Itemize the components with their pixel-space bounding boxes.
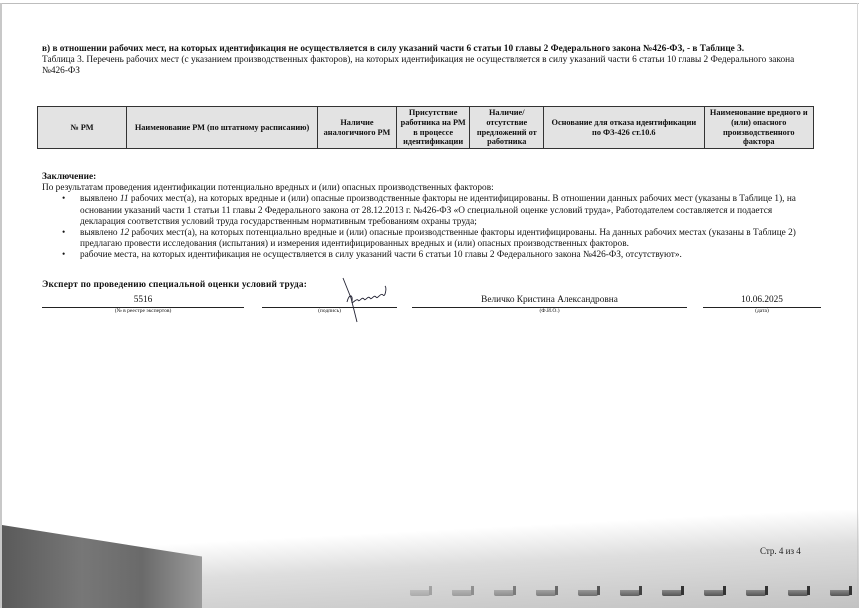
binding-rings [240, 572, 859, 608]
col-refusal-basis: Основание для отказа идентификации по ФЗ… [544, 107, 705, 149]
table-3: № РМ Наименование РМ (по штатному распис… [37, 106, 814, 149]
binding-ring-icon [788, 590, 808, 596]
list-item: •рабочие места, на которых идентификация… [42, 250, 817, 261]
signature-date: 10.06.2025 [703, 295, 821, 306]
full-name-field: Величко Кристина Александровна (Ф.И.О.) [412, 295, 687, 315]
expert-full-name: Величко Кристина Александровна [412, 295, 687, 306]
section-heading: в) в отношении рабочих мест, на которых … [42, 44, 814, 55]
binding-ring-icon [578, 590, 598, 596]
binding-ring-icon [536, 590, 556, 596]
binding-ring-icon [410, 590, 430, 596]
expert-label: Эксперт по проведению специальной оценки… [42, 280, 307, 290]
col-worker-presence: Присутствие работника на РМ в процессе и… [396, 107, 470, 149]
binding-ring-icon [746, 590, 766, 596]
binding-ring-icon [494, 590, 514, 596]
bullet-icon: • [62, 194, 65, 205]
conclusion-title: Заключение: [42, 172, 817, 183]
col-hazard-factor: Наименование вредного и (или) опасного п… [704, 107, 813, 149]
count: 12 [120, 228, 129, 238]
binding-ring-icon [830, 590, 850, 596]
bullet-icon: • [62, 228, 65, 239]
bullet-icon: • [62, 250, 65, 261]
binding-ring-icon [662, 590, 682, 596]
conclusion: Заключение: По результатам проведения ид… [42, 172, 817, 262]
date-field: 10.06.2025 (дата) [703, 295, 821, 315]
conclusion-list: •выявлено 11 рабочих мест(а), на которых… [42, 194, 817, 261]
expert-block: Эксперт по проведению специальной оценки… [42, 280, 822, 290]
registry-number: 5516 [42, 295, 244, 306]
section-c: в) в отношении рабочих мест, на которых … [42, 44, 814, 78]
binding-ring-icon [620, 590, 640, 596]
table-header-row: № РМ Наименование РМ (по штатному распис… [38, 107, 814, 149]
count: 11 [120, 194, 129, 204]
registry-number-field: 5516 (№ в реестре экспертов) [42, 295, 244, 315]
col-analog-rm: Наличие аналогичного РМ [318, 107, 397, 149]
binding-ring-icon [704, 590, 724, 596]
registry-caption: (№ в реестре экспертов) [42, 308, 244, 315]
list-item: •выявлено 11 рабочих мест(а), на которых… [42, 194, 817, 228]
list-item: •выявлено 12 рабочих мест(а), на которых… [42, 228, 817, 250]
page-number: Стр. 4 из 4 [760, 546, 801, 556]
page-edge [0, 3, 859, 4]
col-rm-number: № РМ [38, 107, 127, 149]
date-caption: (дата) [703, 308, 821, 315]
name-caption: (Ф.И.О.) [412, 308, 687, 315]
conclusion-intro: По результатам проведения идентификации … [42, 183, 817, 194]
col-rm-name: Наименование РМ (по штатному расписанию) [126, 107, 317, 149]
binding-ring-icon [452, 590, 472, 596]
col-worker-proposals: Наличие/отсутствие предложений от работн… [470, 107, 544, 149]
table-caption: Таблица 3. Перечень рабочих мест (с указ… [42, 55, 814, 77]
signature-icon [335, 276, 395, 324]
